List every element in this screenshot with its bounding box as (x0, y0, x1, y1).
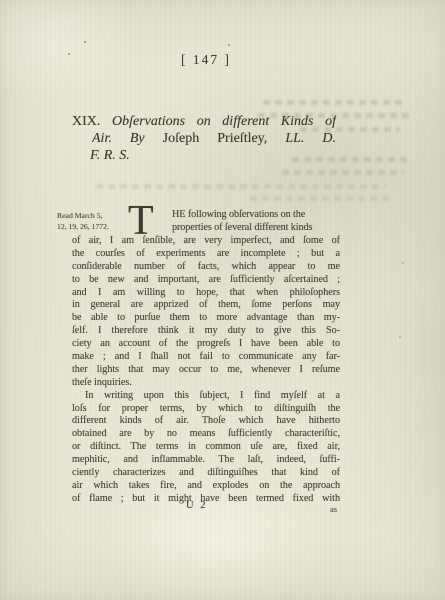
opening-line: HE following obſervations on the (172, 209, 344, 220)
margin-note: Read March 5, 12, 19, 26, 1772. (57, 210, 131, 232)
page-number-header: [ 147 ] (72, 52, 340, 68)
body-line: loſs for proper terms, by which to diſti… (72, 403, 340, 416)
body-line: different kinds of air. Thoſe which have… (72, 415, 340, 428)
title-line-1: XIX. Obſervations on different Kinds of (72, 114, 336, 131)
body-line: ſelf. I therefore think it my duty to gi… (72, 325, 340, 338)
body-line: be able to purſue them to more advantage… (72, 312, 340, 325)
article-number: XIX. (72, 114, 100, 129)
catchword: as (330, 504, 337, 514)
body-line: ciently characterizes and diſtinguiſhes … (72, 467, 340, 480)
title-air: Air. (92, 131, 112, 146)
title-text: Obſervations on different Kinds of (112, 114, 336, 129)
body-line: in general are apprized of them, ſome pe… (72, 299, 340, 312)
show-through-line (250, 196, 390, 201)
paper-speck (402, 262, 404, 264)
author-degrees: LL. D. (285, 131, 336, 146)
show-through-line (96, 184, 386, 189)
margin-note-line: Read March 5, (57, 210, 131, 221)
scanned-page: [ 147 ] XIX. Obſervations on different K… (0, 0, 445, 600)
paper-speck (84, 41, 86, 43)
body-line: to be new and important, are ſufficientl… (72, 274, 340, 287)
body-line: of air, I am ſenſible, are very imperfec… (72, 235, 340, 248)
body-line: or diſtinct. The terms in common uſe are… (72, 441, 340, 454)
body-line: theſe inquiries. (72, 377, 340, 390)
title-line-2: Air. By Joſeph Prieſtley, LL. D. (92, 131, 336, 148)
body-line: ciety an account of the progreſs I have … (72, 338, 340, 351)
body-line: the courſes of experiments are incomplet… (72, 248, 340, 261)
body-text: of air, I am ſenſible, are very imperfec… (72, 235, 340, 506)
opening-line: properties of ſeveral different kinds (172, 222, 344, 233)
title-by: By (130, 131, 145, 146)
margin-note-line: 12, 19, 26, 1772. (57, 221, 131, 232)
paper-speck (228, 44, 230, 46)
paper-speck (68, 53, 70, 55)
show-through-line (282, 170, 404, 175)
signature-mark: U 2 (186, 500, 207, 511)
body-line: ther lights that may occur to me, whenev… (72, 364, 340, 377)
body-line: conſiderable number of facts, which appe… (72, 261, 340, 274)
body-line: air which takes fire, and explodes on th… (72, 480, 340, 493)
title-line-3: F. R. S. (90, 148, 336, 165)
paper-speck (399, 336, 401, 338)
show-through-line (263, 100, 405, 105)
body-line: In writing upon this ſubject, I find myſ… (72, 390, 340, 403)
body-line: obtained are by no means ſufficiently ch… (72, 428, 340, 441)
article-title: XIX. Obſervations on different Kinds of … (72, 114, 336, 166)
body-line: mephitic, and inflammable. The laſt, ind… (72, 454, 340, 467)
author-name: Joſeph Prieſtley, (163, 131, 268, 146)
body-line: make ; and I ſhall not fail to communica… (72, 351, 340, 364)
body-line: and I am willing to hope, that when phil… (72, 287, 340, 300)
